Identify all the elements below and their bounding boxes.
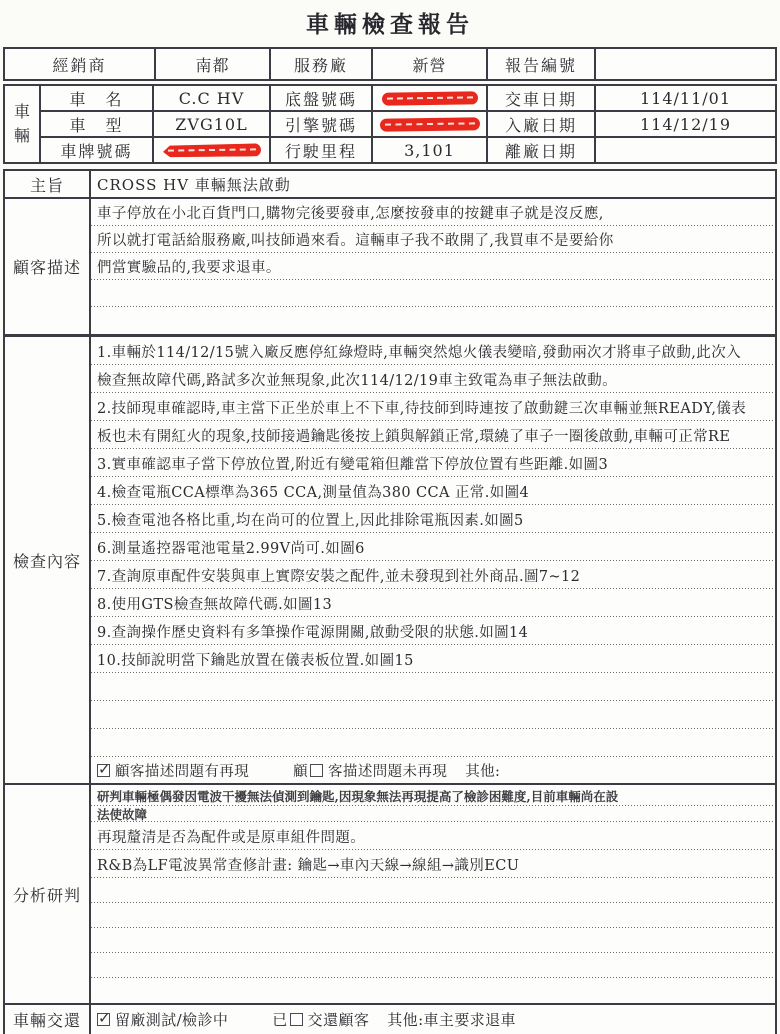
inspection-line: 檢查無故障代碼,路試多次並無現象,此次114/12/19車主致電為車子無法啟動。 — [91, 365, 775, 393]
analysis-section: 分析研判 研判車輛極偶發因電波干擾無法偵測到鑰匙,因現象無法再現提高了檢診困難度… — [5, 783, 775, 1003]
engine-no-label: 引擎號碼 — [269, 112, 371, 136]
page-title: 車輛檢查報告 — [3, 6, 777, 39]
inspection-line: 4.檢查電瓶CCA標準為365 CCA,測量值為380 CCA 正常.如圖4 — [91, 477, 775, 505]
dealer-value: 南都 — [154, 49, 269, 79]
car-name-label: 車 名 — [41, 86, 152, 110]
inspection-section: 檢查內容 1.車輛於114/12/15號入廠反應停紅綠燈時,車輛突然熄火儀表變暗… — [5, 334, 775, 783]
analysis-label: 分析研判 — [5, 785, 91, 1003]
mileage-label: 行駛里程 — [269, 138, 371, 162]
dealer-label: 經銷商 — [5, 49, 154, 79]
analysis-line — [91, 878, 775, 903]
vehicle-return-section: 車輛交還 留廠測試/檢診中 已 交還顧客 其他:車主要求退車 — [5, 1003, 775, 1034]
problem-not-reproduced-pre: 顧 — [293, 760, 308, 781]
report-body-table: 主旨 CROSS HV 車輛無法啟動 顧客描述 車子停放在小北百貨門口,購物完後… — [3, 169, 777, 1034]
service-center-label: 服務廠 — [269, 49, 371, 79]
redaction-mark — [162, 143, 260, 157]
analysis-line: 再現釐清是否為配件或是原車組件問題。 — [91, 822, 775, 850]
vehicle-row-plate: 車牌號碼 行駛里程 3,101 離廠日期 — [41, 136, 775, 162]
vehicle-return-line: 留廠測試/檢診中 已 交還顧客 其他:車主要求退車 — [91, 1005, 775, 1034]
vehicle-row-name: 車 名 C.C HV 底盤號碼 交車日期 114/11/01 — [41, 86, 775, 110]
engine-no-value — [371, 112, 486, 136]
arrival-date-value: 114/12/19 — [594, 112, 775, 136]
report-no-label: 報告編號 — [486, 49, 594, 79]
subject-label: 主旨 — [5, 171, 91, 197]
analysis-line — [91, 953, 775, 978]
inspection-result-line: 顧客描述問題有再現 顧 客描述問題未再現 其他: — [91, 757, 775, 783]
redaction-mark — [379, 117, 479, 131]
inspection-line: 8.使用GTS檢查無故障代碼.如圖13 — [91, 589, 775, 617]
result-other-label: 其他: — [465, 760, 500, 781]
car-model-value: ZVG10L — [152, 112, 269, 136]
departure-date-label: 離廠日期 — [486, 138, 594, 162]
inspection-line — [91, 701, 775, 729]
checkbox-checked-icon — [97, 1013, 110, 1026]
inspection-line — [91, 729, 775, 757]
returned-pre: 已 — [272, 1009, 287, 1030]
plate-no-value — [152, 138, 269, 162]
plate-no-label: 車牌號碼 — [41, 138, 152, 162]
departure-date-value — [594, 138, 775, 162]
vehicle-info-table: 車輛 車 名 C.C HV 底盤號碼 交車日期 114/11/01 車 型 ZV… — [3, 84, 777, 164]
checkbox-unchecked-icon — [310, 764, 323, 777]
inspection-line: 7.查詢原車配件安裝與車上實際安裝之配件,並未發現到社外商品.圖7~12 — [91, 561, 775, 589]
analysis-line — [91, 903, 775, 928]
customer-line — [91, 307, 775, 334]
vehicle-section-label: 車輛 — [5, 86, 41, 162]
checkbox-unchecked-icon — [290, 1013, 303, 1026]
checkbox-checked-icon — [97, 764, 110, 777]
chassis-no-value — [371, 86, 486, 110]
problem-reproduced-label: 顧客描述問題有再現 — [115, 760, 249, 781]
analysis-line: 法使故障 — [91, 806, 775, 822]
problem-not-reproduced-label: 客描述問題未再現 — [328, 760, 447, 781]
inspection-line: 1.車輛於114/12/15號入廠反應停紅綠燈時,車輛突然熄火儀表變暗,發動兩次… — [91, 337, 775, 365]
car-model-label: 車 型 — [41, 112, 152, 136]
vehicle-inspection-report: 車輛檢查報告 經銷商 南都 服務廠 新營 報告編號 車輛 車 名 C.C HV … — [0, 0, 780, 1034]
analysis-line — [91, 928, 775, 953]
customer-description-label: 顧客描述 — [5, 199, 91, 334]
customer-line: 所以就打電話給服務廠,叫技師過來看。這輛車子我不敢開了,我買車不是要給你 — [91, 226, 775, 253]
customer-description-section: 顧客描述 車子停放在小北百貨門口,購物完後要發車,怎麼按發車的按鍵車子就是沒反應… — [5, 197, 775, 334]
analysis-line — [91, 978, 775, 1003]
service-center-value: 新營 — [371, 49, 486, 79]
inspection-line: 板也未有開紅火的現象,技師接過鑰匙後按上鎖與解鎖正常,環繞了車子一圈後啟動,車輛… — [91, 421, 775, 449]
delivery-date-label: 交車日期 — [486, 86, 594, 110]
inspection-label: 檢查內容 — [5, 337, 91, 783]
report-no-value — [594, 49, 775, 79]
inspection-line: 3.實車確認車子當下停放位置,附近有變電箱但離當下停放位置有些距離.如圖3 — [91, 449, 775, 477]
inspection-line: 5.檢查電池各格比重,均在尚可的位置上,因此排除電瓶因素.如圖5 — [91, 505, 775, 533]
analysis-line: R&B為LF電波異常查修計畫: 鑰匙→車內天線→線組→識別ECU — [91, 850, 775, 878]
analysis-line: 研判車輛極偶發因電波干擾無法偵測到鑰匙,因現象無法再現提高了檢診困難度,目前車輛… — [91, 785, 775, 806]
customer-line — [91, 280, 775, 307]
chassis-no-label: 底盤號碼 — [269, 86, 371, 110]
redaction-mark — [381, 91, 477, 105]
return-other-text: 其他:車主要求退車 — [387, 1009, 516, 1030]
mileage-value: 3,101 — [371, 138, 486, 162]
car-name-value: C.C HV — [152, 86, 269, 110]
inspection-line: 6.測量遙控器電池電量2.99V尚可.如圖6 — [91, 533, 775, 561]
subject-section: 主旨 CROSS HV 車輛無法啟動 — [5, 171, 775, 197]
inspection-line — [91, 673, 775, 701]
inspection-line: 9.查詢操作歷史資料有多筆操作電源開關,啟動受限的狀態.如圖14 — [91, 617, 775, 645]
inspection-line: 2.技師現車確認時,車主當下正坐於車上不下車,待技師到時連按了啟動鍵三次車輛並無… — [91, 393, 775, 421]
customer-line: 車子停放在小北百貨門口,購物完後要發車,怎麼按發車的按鍵車子就是沒反應, — [91, 199, 775, 226]
inspection-line: 10.技師說明當下鑰匙放置在儀表板位置.如圖15 — [91, 645, 775, 673]
returned-to-customer-label: 交還顧客 — [308, 1009, 370, 1030]
arrival-date-label: 入廠日期 — [486, 112, 594, 136]
header-table: 經銷商 南都 服務廠 新營 報告編號 — [3, 47, 777, 81]
delivery-date-value: 114/11/01 — [594, 86, 775, 110]
vehicle-return-label: 車輛交還 — [5, 1005, 91, 1034]
subject-content: CROSS HV 車輛無法啟動 — [91, 171, 775, 197]
in-shop-testing-label: 留廠測試/檢診中 — [115, 1009, 228, 1030]
vehicle-row-model: 車 型 ZVG10L 引擎號碼 入廠日期 114/12/19 — [41, 110, 775, 136]
customer-line: 們當實驗品的,我要求退車。 — [91, 253, 775, 280]
